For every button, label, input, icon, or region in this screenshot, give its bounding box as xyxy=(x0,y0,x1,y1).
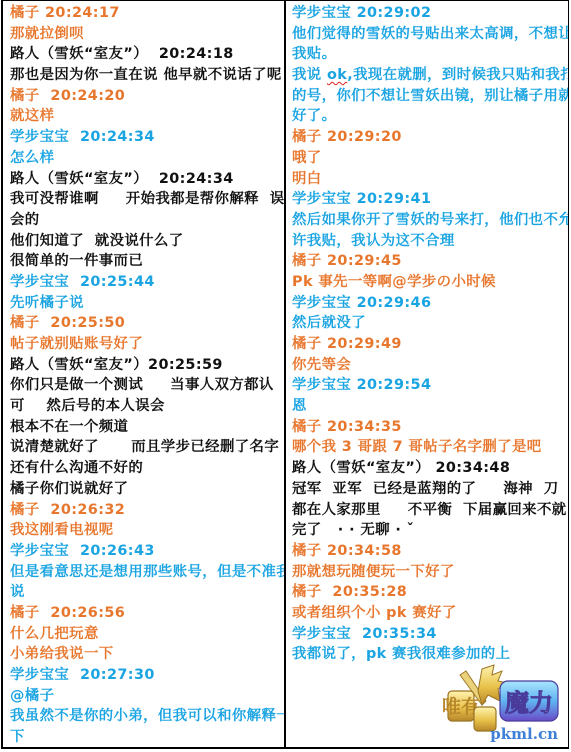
message-header: 橘子 20:25:50 xyxy=(10,313,284,334)
message-header: 橘子 20:29:20 xyxy=(292,127,568,148)
message-header: 路人（雪妖“室友”） 20:34:48 xyxy=(292,458,568,479)
message-text: 下 xyxy=(10,727,284,747)
message-header: 橘子 20:26:32 xyxy=(10,500,284,521)
message-text: 我可没帮谁啊 开始我都是帮你解释 误 xyxy=(10,189,284,210)
message-text: 怎么样 xyxy=(10,148,284,169)
message-text: 那就想玩随便玩一下好了 xyxy=(292,562,568,583)
message-text: 但是看意思还是想用那些账号，但是不准我 xyxy=(10,562,284,583)
message-text: 可 然后号的本人误会 xyxy=(10,396,284,417)
message-text: 就这样 xyxy=(10,106,284,127)
message-text: 许我贴，我认为这不合理 xyxy=(292,231,568,252)
message-text: 我说 ok,我现在就删，到时候我只贴和我打 xyxy=(292,65,568,86)
message-text: 冠军 亚军 已经是蓝翔的了 海神 刀 xyxy=(292,479,568,500)
message-text: 那也是因为你一直在说 他早就不说话了呢 xyxy=(10,65,284,86)
message-text-suffix: ,我现在就删，到时候我只贴和我打 xyxy=(347,67,568,83)
message-text: 先听橘子说 xyxy=(10,293,284,314)
message-header: 橘子 20:35:28 xyxy=(292,582,568,603)
message-header: 橘子 20:29:49 xyxy=(292,334,568,355)
message-header: 学步宝宝 20:29:02 xyxy=(292,3,568,24)
message-text: 好了。 xyxy=(292,106,568,127)
message-text: 会的 xyxy=(10,210,284,231)
message-text: @橘子 xyxy=(10,686,284,707)
message-text: 我虽然不是你的小弟，但我可以和你解释一 xyxy=(10,706,284,727)
message-header: 橘子 20:29:45 xyxy=(292,251,568,272)
message-text: 哦了 xyxy=(292,148,568,169)
message-header: 学步宝宝 20:24:34 xyxy=(10,127,284,148)
message-text: 我贴。 xyxy=(292,44,568,65)
message-header: 学步宝宝 20:29:54 xyxy=(292,375,568,396)
message-text: 你们只是做一个测试 当事人双方都认 xyxy=(10,375,284,396)
message-header: 路人（雪妖“室友”）20:25:59 xyxy=(10,355,284,376)
message-text: 说清楚就好了 而且学步已经删了名字 xyxy=(10,437,284,458)
svg-text:pkml.cn: pkml.cn xyxy=(490,725,558,743)
message-text: 完了 · · 无聊 · ˇ xyxy=(292,520,568,541)
message-header: 橘子 20:26:56 xyxy=(10,603,284,624)
message-header: 学步宝宝 20:27:30 xyxy=(10,665,284,686)
message-text: 然后如果你开了雪妖的号来打，他们也不允 xyxy=(292,210,568,231)
spellcheck-word: ok xyxy=(327,67,347,83)
message-text: 橘子你们说就好了 xyxy=(10,479,284,500)
message-header: 学步宝宝 20:29:41 xyxy=(292,189,568,210)
message-header: 橘子 20:34:58 xyxy=(292,541,568,562)
message-text: 哪个我 3 哥跟 7 哥帖子名字删了是吧 xyxy=(292,437,568,458)
message-header: 路人（雪妖“室友”） 20:24:34 xyxy=(10,169,284,190)
message-text: 说 xyxy=(10,582,284,603)
svg-text:魔力: 魔力 xyxy=(505,689,553,717)
message-text: 他们觉得的雪妖的号贴出来太高调，不想让 xyxy=(292,24,568,45)
message-text: 小弟给我说一下 xyxy=(10,644,284,665)
message-text: 明白 xyxy=(292,169,568,190)
chat-log-table: 橘子 20:24:17 那就拉倒呗 路人（雪妖“室友”） 20:24:18 那也… xyxy=(1,0,569,749)
message-text: 你先等会 xyxy=(292,355,568,376)
message-text: 很简单的一件事而已 xyxy=(10,251,284,272)
message-header: 路人（雪妖“室友”） 20:24:18 xyxy=(10,44,284,65)
message-text: Pk 事先一等啊@学步の小时候 xyxy=(292,272,568,293)
message-text-prefix: 我说 xyxy=(292,67,327,83)
message-text: 根本不在一个频道 xyxy=(10,417,284,438)
message-text: 他们知道了 就没说什么了 xyxy=(10,231,284,252)
chat-column-right: 学步宝宝 20:29:02 他们觉得的雪妖的号贴出来太高调，不想让 我贴。 我说… xyxy=(286,1,568,747)
message-text: 什么几把玩意 xyxy=(10,624,284,645)
message-header: 橘子 20:34:35 xyxy=(292,417,568,438)
pkml-watermark-logo: 唯有 魔力 pkml.cn xyxy=(442,661,562,743)
message-text: 然后就没了 xyxy=(292,313,568,334)
message-text: 帖子就别贴账号好了 xyxy=(10,334,284,355)
message-header: 橘子 20:24:20 xyxy=(10,86,284,107)
message-text: 恩 xyxy=(292,396,568,417)
message-text: 我这刚看电视呢 xyxy=(10,520,284,541)
chat-column-left: 橘子 20:24:17 那就拉倒呗 路人（雪妖“室友”） 20:24:18 那也… xyxy=(3,1,286,747)
message-header: 学步宝宝 20:35:34 xyxy=(292,624,568,645)
message-text: 那就拉倒呗 xyxy=(10,24,284,45)
message-text: 还有什么沟通不好的 xyxy=(10,458,284,479)
message-header: 学步宝宝 20:29:46 xyxy=(292,293,568,314)
message-header: 学步宝宝 20:25:44 xyxy=(10,272,284,293)
message-text: 都在人家那里 不平衡 下届赢回来不就 xyxy=(292,500,568,521)
message-text: 或者组织个小 pk 赛好了 xyxy=(292,603,568,624)
message-header: 学步宝宝 20:26:43 xyxy=(10,541,284,562)
message-text: 的号，你们不想让雪妖出镜，别让橘子用就 xyxy=(292,86,568,107)
message-header: 橘子 20:24:17 xyxy=(10,3,284,24)
